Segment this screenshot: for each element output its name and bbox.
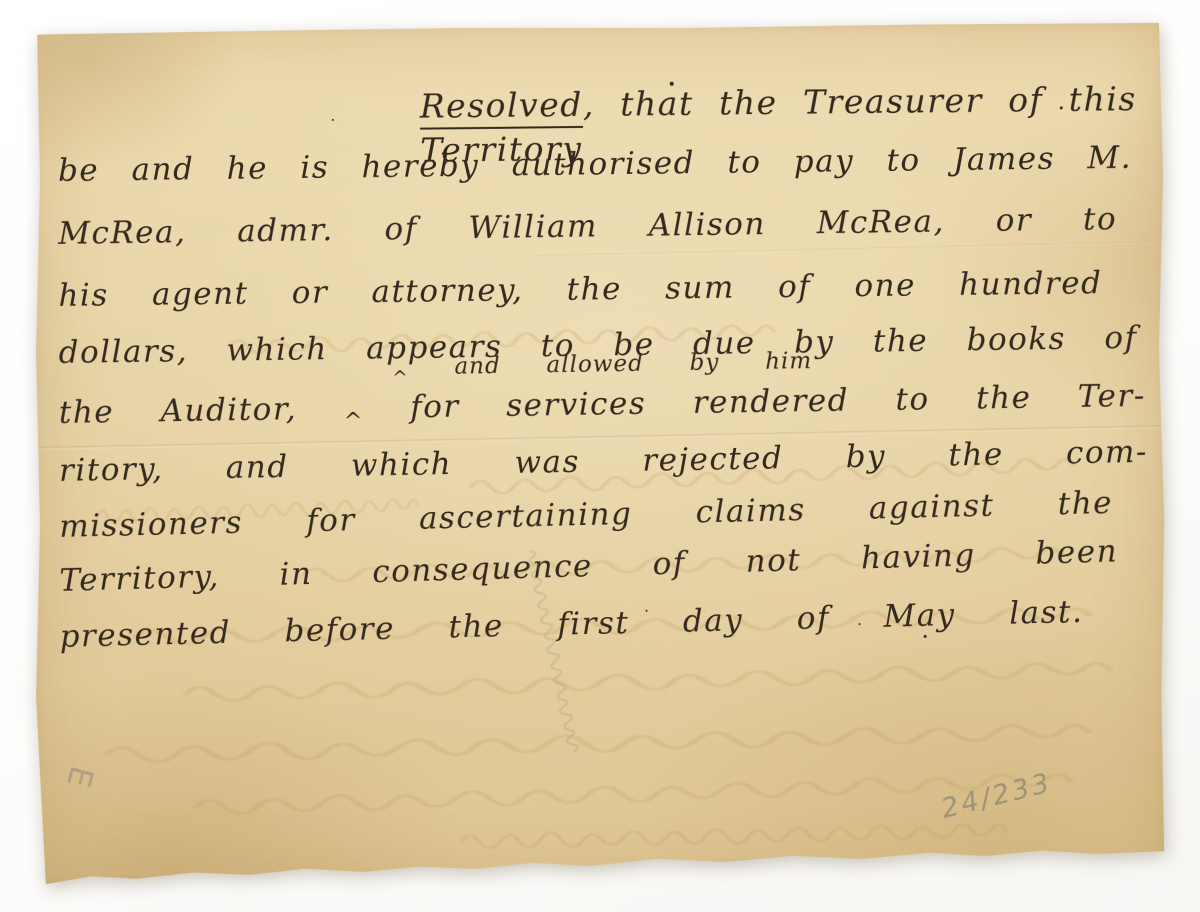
resolved-heading: Resolved (420, 85, 583, 130)
paper-wrap: Resolved, that the Treasurer of this Ter… (32, 22, 1167, 886)
line-text-before-caret: the Auditor, (59, 391, 298, 431)
ink-speck (646, 610, 648, 612)
interlinear-insertion: ^ and allowed by him (392, 347, 812, 382)
ink-speck (859, 623, 861, 625)
ink-speck (924, 635, 927, 638)
bleedthrough-stroke (454, 814, 1014, 852)
manuscript-page: Resolved, that the Treasurer of this Ter… (32, 22, 1167, 886)
manuscript-line-3: McRea, admr. of William Allison McRea, o… (58, 197, 1118, 256)
bleedthrough-stroke (94, 712, 1104, 767)
ink-speck (670, 82, 674, 86)
line-text-after-caret: for services rendered to the Ter- (410, 378, 1146, 426)
bleedthrough-stroke (174, 651, 1124, 706)
manuscript-line-1: Resolved, that the Treasurer of this Ter… (420, 77, 1137, 129)
insertion-caret-icon: ^ (392, 368, 409, 389)
pencil-corner-mark: E (59, 762, 101, 791)
insertion-caret-icon: ^ (344, 408, 365, 434)
document-scan: Resolved, that the Treasurer of this Ter… (0, 0, 1200, 912)
ink-speck (1060, 106, 1063, 109)
ink-speck (332, 119, 334, 121)
insertion-text: and allowed by him (454, 348, 812, 380)
manuscript-line-6: the Auditor, ^ for services rendered to … (59, 374, 1147, 435)
archival-page-number: 24/233 (938, 767, 1055, 825)
manuscript-line-4: his agent or attorney, the sum of one hu… (58, 261, 1102, 318)
manuscript-line-10: presented before the first day of May la… (59, 590, 1084, 659)
manuscript-line-2: be and he is hereby authorised to pay to… (58, 136, 1132, 193)
